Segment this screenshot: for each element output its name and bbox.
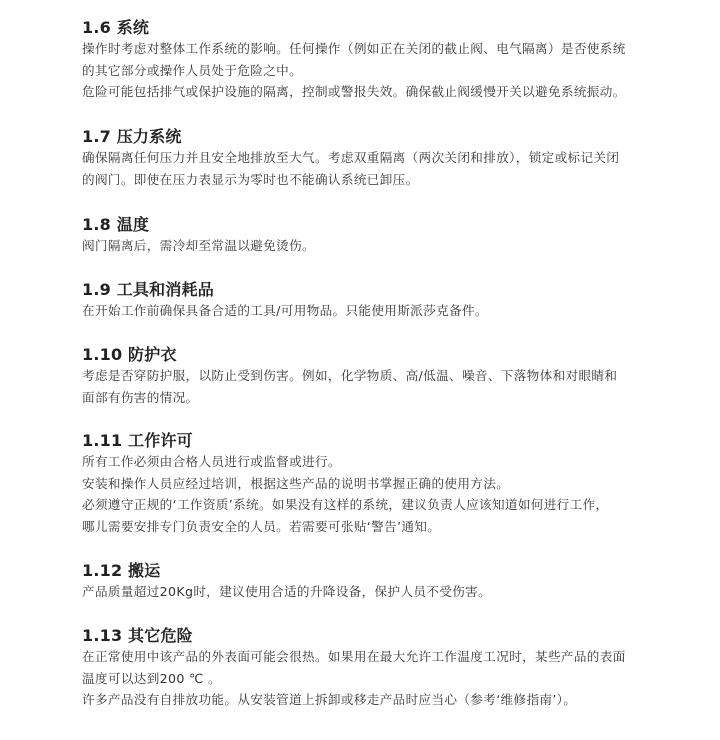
section-text-line: 阀门隔离后，需冷却至常温以避免烫伤。 xyxy=(82,235,315,257)
section-heading: 1.6 系统 xyxy=(82,18,626,38)
section-text-line: 产品质量超过20Kg时，建议使用合适的升降设备，保护人员不受伤害。 xyxy=(82,581,491,603)
section-1-11: 1.11 工作许可 所有工作必须由合格人员进行或监督或进行。 安装和操作人员应经… xyxy=(82,431,608,537)
section-1-13: 1.13 其它危险 在正常使用中该产品的外表面可能会很热。如果用在最大允许工作温… xyxy=(82,626,626,711)
section-heading: 1.12 搬运 xyxy=(82,561,491,581)
section-text-line: 哪儿需要安排专门负责安全的人员。若需要可张贴‘警告’通知。 xyxy=(82,516,608,538)
section-text-line: 许多产品没有自排放功能。从安装管道上拆卸或移走产品时应当心（参考‘维修指南’）。 xyxy=(82,689,626,711)
section-1-12: 1.12 搬运 产品质量超过20Kg时，建议使用合适的升降设备，保护人员不受伤害… xyxy=(82,561,491,603)
section-heading: 1.10 防护衣 xyxy=(82,345,617,365)
section-text-line: 在开始工作前确保具备合适的工具/可用物品。只能使用斯派莎克备件。 xyxy=(82,300,488,322)
section-text-line: 操作时考虑对整体工作系统的影响。任何操作（例如正在关闭的截止阀、电气隔离）是否使… xyxy=(82,38,626,60)
section-1-10: 1.10 防护衣 考虑是否穿防护服，以防止受到伤害。例如，化学物质、高/低温、噪… xyxy=(82,345,617,408)
section-text-line: 温度可以达到200 ℃ 。 xyxy=(82,668,626,690)
section-heading: 1.13 其它危险 xyxy=(82,626,626,646)
section-text-line: 安装和操作人员应经过培训，根据这些产品的说明书掌握正确的使用方法。 xyxy=(82,473,608,495)
section-text-line: 所有工作必须由合格人员进行或监督或进行。 xyxy=(82,451,608,473)
section-1-8: 1.8 温度 阀门隔离后，需冷却至常温以避免烫伤。 xyxy=(82,215,315,257)
section-1-6: 1.6 系统 操作时考虑对整体工作系统的影响。任何操作（例如正在关闭的截止阀、电… xyxy=(82,18,626,103)
section-text-line: 面部有伤害的情况。 xyxy=(82,387,617,409)
section-text-line: 在正常使用中该产品的外表面可能会很热。如果用在最大允许工作温度工况时，某些产品的… xyxy=(82,646,626,668)
section-text-line: 的阀门。即使在压力表显示为零时也不能确认系统已卸压。 xyxy=(82,169,619,191)
section-heading: 1.7 压力系统 xyxy=(82,127,619,147)
section-text-line: 考虑是否穿防护服，以防止受到伤害。例如，化学物质、高/低温、噪音、下落物体和对眼… xyxy=(82,365,617,387)
section-1-7: 1.7 压力系统 确保隔离任何压力并且安全地排放至大气。考虑双重隔离（两次关闭和… xyxy=(82,127,619,190)
section-text-line: 确保隔离任何压力并且安全地排放至大气。考虑双重隔离（两次关闭和排放），锁定或标记… xyxy=(82,147,619,169)
section-heading: 1.9 工具和消耗品 xyxy=(82,280,488,300)
section-heading: 1.8 温度 xyxy=(82,215,315,235)
section-text-line: 的其它部分或操作人员处于危险之中。 xyxy=(82,60,626,82)
section-heading: 1.11 工作许可 xyxy=(82,431,608,451)
section-1-9: 1.9 工具和消耗品 在开始工作前确保具备合适的工具/可用物品。只能使用斯派莎克… xyxy=(82,280,488,322)
section-text-line: 危险可能包括排气或保护设施的隔离，控制或警报失效。确保截止阀缓慢开关以避免系统振… xyxy=(82,81,626,103)
section-text-line: 必须遵守正规的‘工作资质’系统。如果没有这样的系统，建议负责人应该知道如何进行工… xyxy=(82,494,608,516)
